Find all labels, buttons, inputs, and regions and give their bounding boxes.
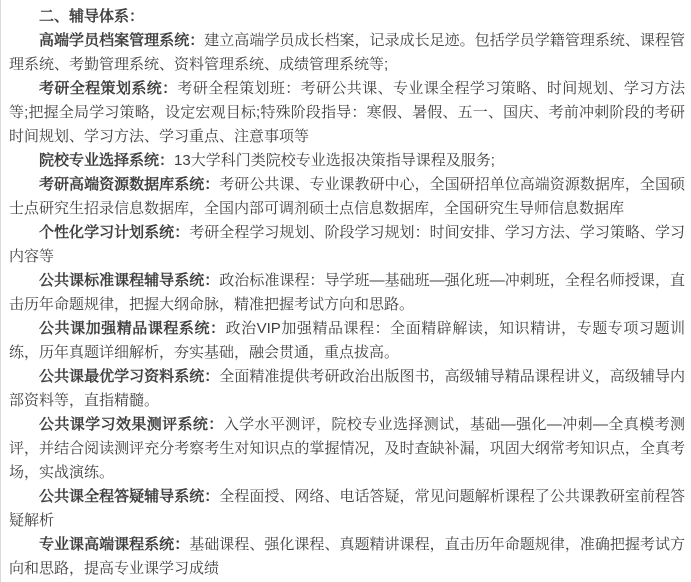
paragraph-heading: 公共课标准课程辅导系统： (39, 272, 219, 289)
paragraph: 考研全程策划系统：考研全程策划班：考研公共课、专业课全程学习策略、时间规划、学习… (9, 77, 685, 149)
paragraph: 院校专业选择系统：13大学科门类院校专业选报决策指导课程及服务; (9, 149, 685, 173)
paragraph: 公共课全程答疑辅导系统：全程面授、网络、电话答疑，常见问题解析课程了公共课教研室… (9, 485, 685, 533)
paragraph: 公共课最优学习资料系统：全面精准提供考研政治出版图书，高级辅导精品课程讲义，高级… (9, 365, 685, 413)
document-body: 二、辅导体系： 高端学员档案管理系统：建立高端学员成长档案，记录成长足迹。包括学… (1, 0, 691, 581)
paragraph: 高端学员档案管理系统：建立高端学员成长档案，记录成长足迹。包括学员学籍管理系统、… (9, 29, 685, 77)
paragraph: 公共课加强精品课程系统：政治VIP加强精品课程：全面精辟解读，知识精讲，专题专项… (9, 317, 685, 365)
paragraph-heading: 个性化学习计划系统： (39, 224, 189, 241)
paragraph-heading: 高端学员档案管理系统： (39, 32, 204, 49)
paragraph-heading: 考研高端资源数据库系统： (39, 176, 219, 193)
paragraph: 公共课标准课程辅导系统：政治标准课程：导学班—基础班—强化班—冲刺班，全程名师授… (9, 269, 685, 317)
paragraph-heading: 专业课高端课程系统： (39, 536, 189, 553)
paragraph-list: 高端学员档案管理系统：建立高端学员成长档案，记录成长足迹。包括学员学籍管理系统、… (9, 29, 685, 581)
section-title: 二、辅导体系： (9, 5, 685, 29)
paragraph: 专业课高端课程系统：基础课程、强化课程、真题精讲课程，直击历年命题规律，准确把握… (9, 533, 685, 581)
paragraph-heading: 院校专业选择系统： (39, 152, 174, 169)
paragraph-heading: 公共课全程答疑辅导系统： (39, 488, 219, 505)
paragraph-heading: 公共课学习效果测评系统： (39, 416, 224, 433)
paragraph-body: 13大学科门类院校专业选报决策指导课程及服务; (174, 152, 495, 169)
paragraph: 个性化学习计划系统：考研全程学习规划、阶段学习规划：时间安排、学习方法、学习策略… (9, 221, 685, 269)
paragraph: 公共课学习效果测评系统：入学水平测评，院校专业选择测试，基础—强化—冲刺—全真模… (9, 413, 685, 485)
paragraph: 考研高端资源数据库系统：考研公共课、专业课教研中心，全国研招单位高端资源数据库，… (9, 173, 685, 221)
paragraph-heading: 考研全程策划系统： (39, 80, 178, 97)
paragraph-heading: 公共课加强精品课程系统： (39, 320, 226, 337)
paragraph-heading: 公共课最优学习资料系统： (39, 368, 219, 385)
